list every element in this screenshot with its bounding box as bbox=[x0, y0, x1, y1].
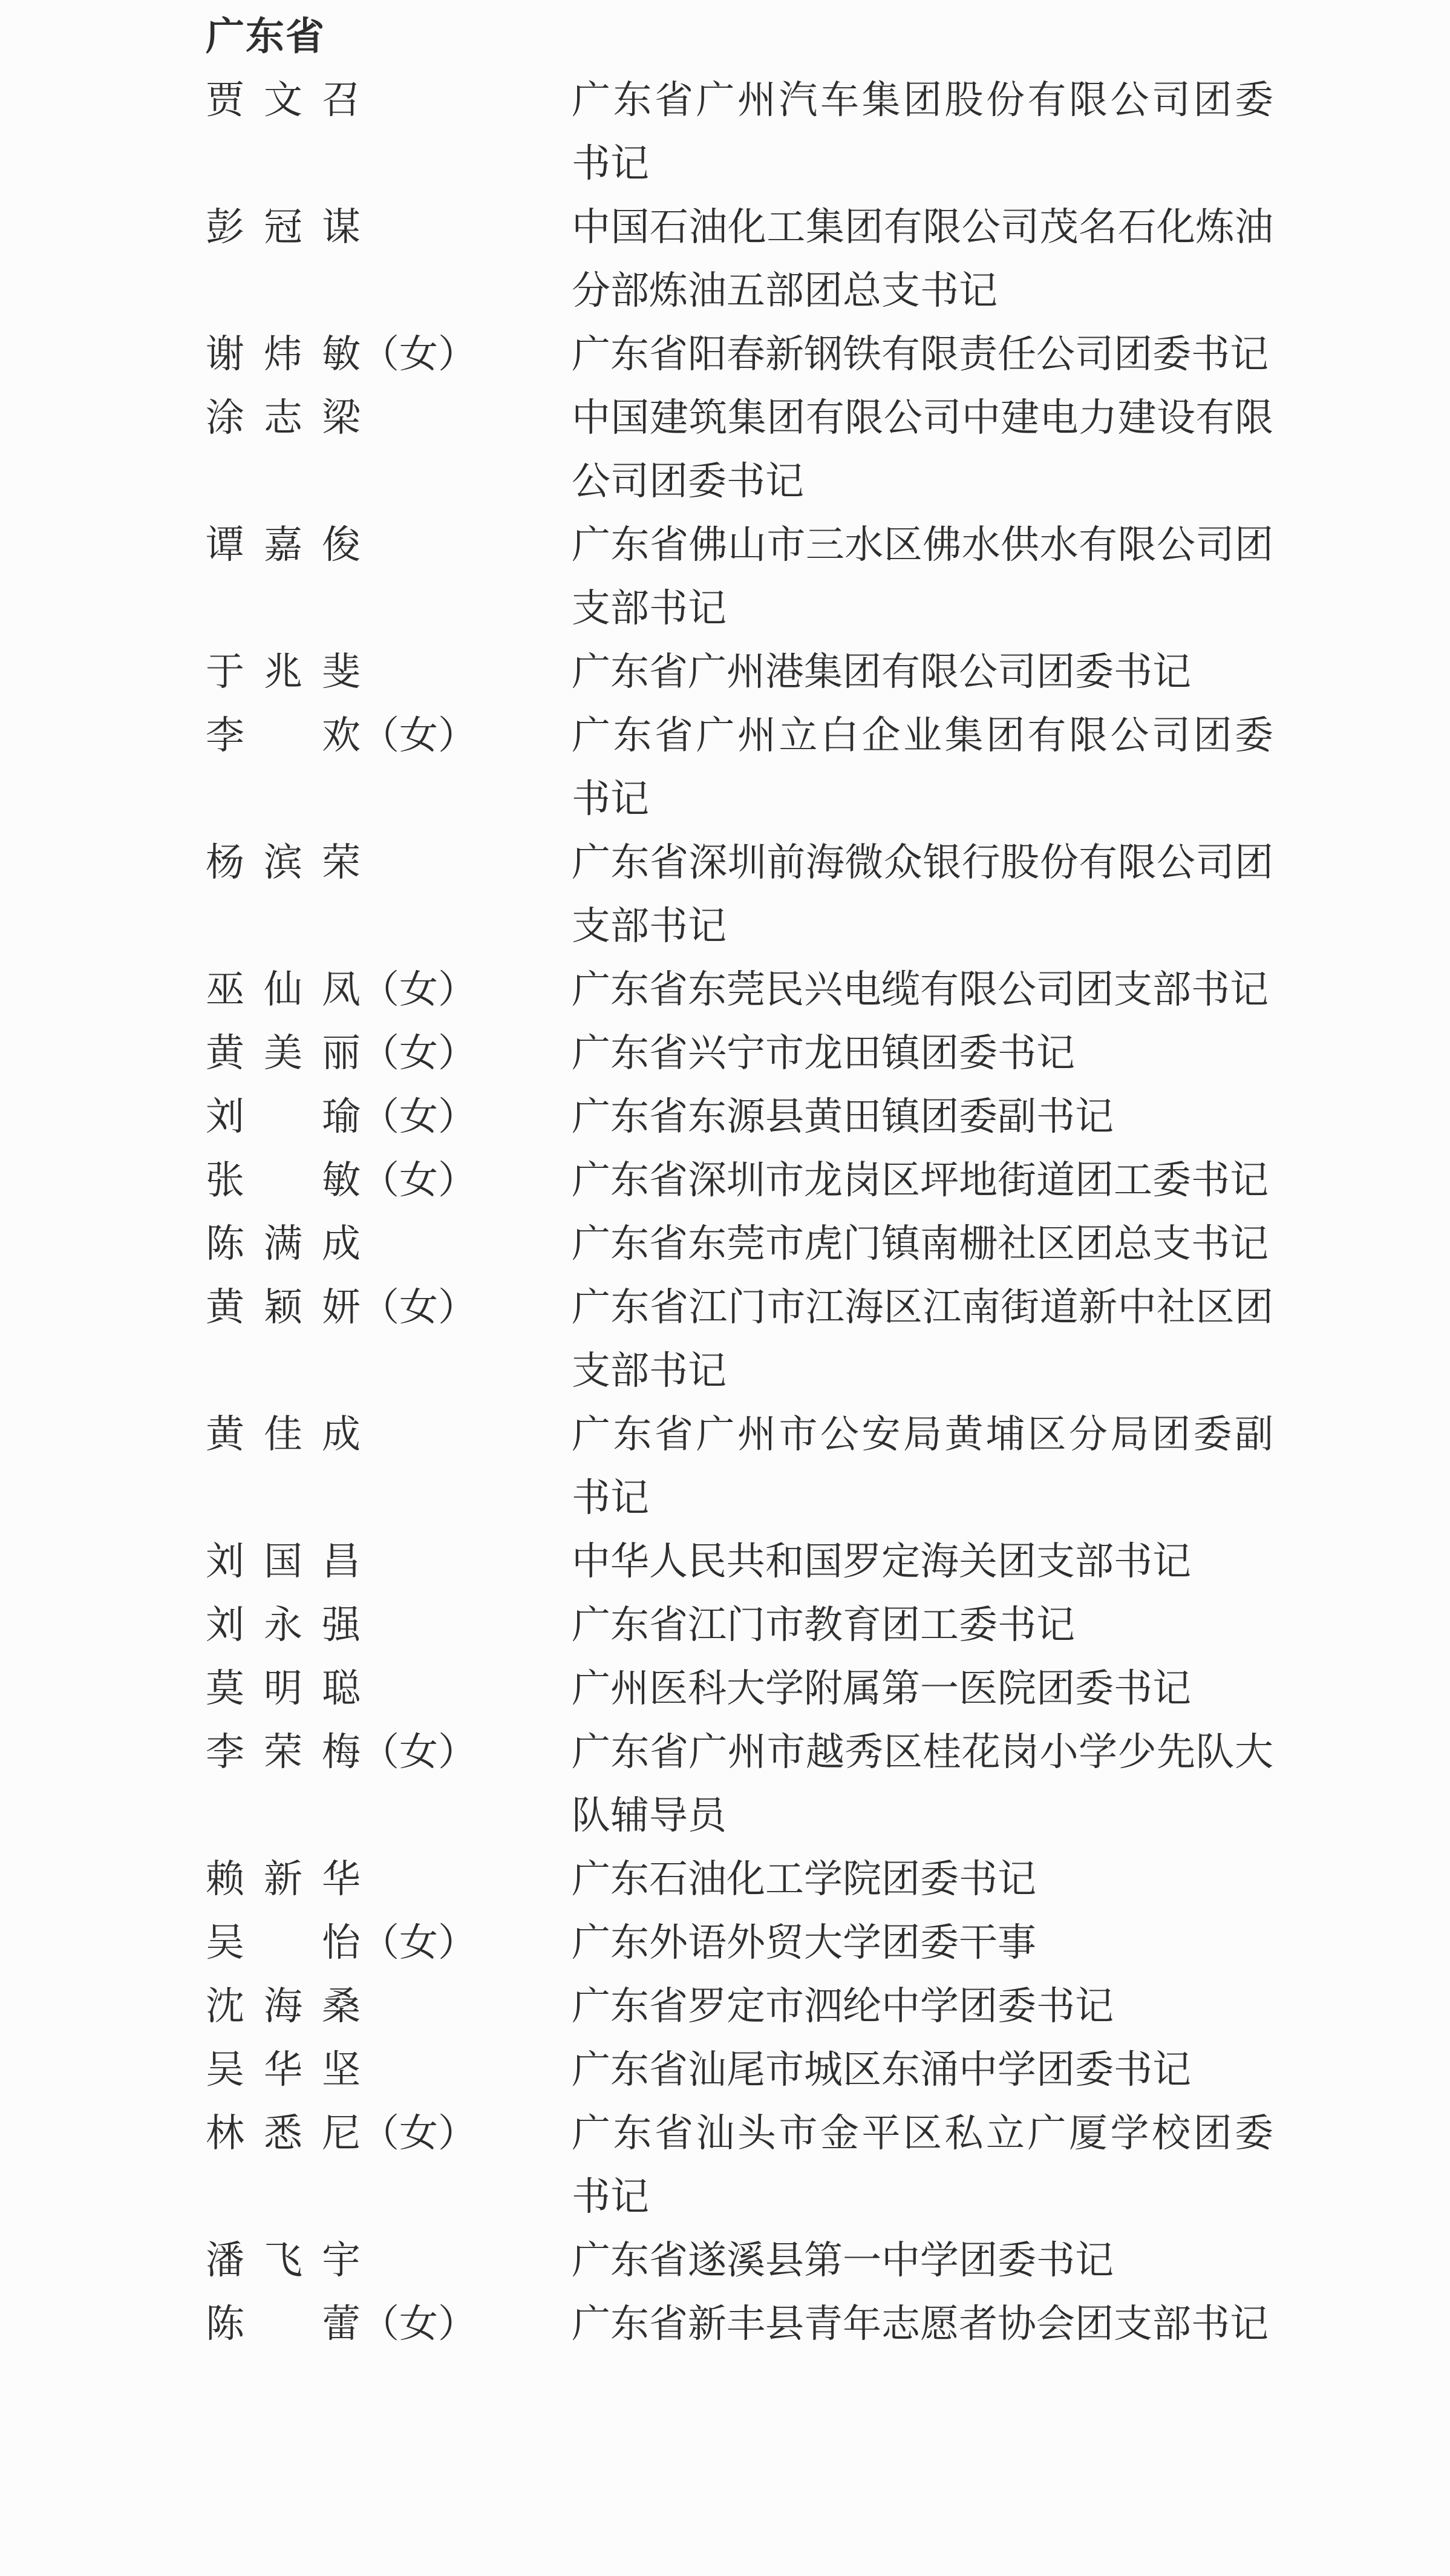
person-name: 黄颖妍 bbox=[206, 1276, 361, 1339]
list-row-line: 分部炼油五部团总支书记 bbox=[206, 259, 1269, 323]
name-cell: 李欢（女） bbox=[206, 704, 572, 767]
position-title-line: 支部书记 bbox=[572, 894, 1273, 958]
name-cell: 莫明聪 bbox=[206, 1657, 572, 1720]
person-name: 涂志梁 bbox=[206, 386, 361, 450]
name-cell: 于兆斐 bbox=[206, 640, 572, 704]
person-name: 于兆斐 bbox=[206, 640, 361, 704]
list-row-line: 公司团委书记 bbox=[206, 450, 1269, 513]
position-title-line: 分部炼油五部团总支书记 bbox=[572, 259, 1273, 323]
person-name: 黄美丽 bbox=[206, 1021, 361, 1085]
name-cell: 吴怡（女） bbox=[206, 1911, 572, 1975]
name-cell: 彭冠谋 bbox=[206, 195, 572, 259]
list-row-line: 李荣梅（女）广东省广州市越秀区桂花岗小学少先队大 bbox=[206, 1720, 1269, 1784]
position-title-line: 队辅导员 bbox=[572, 1784, 1273, 1847]
document-page: 广东省 贾文召广东省广州汽车集团股份有限公司团委书记彭冠谋中国石油化工集团有限公… bbox=[0, 0, 1450, 2576]
list-row-line: 陈蕾（女）广东省新丰县青年志愿者协会团支部书记 bbox=[206, 2292, 1269, 2356]
gender-label: （女） bbox=[361, 1911, 477, 1975]
position-title-line: 中华人民共和国罗定海关团支部书记 bbox=[572, 1530, 1273, 1593]
list-row-line: 刘永强广东省江门市教育团工委书记 bbox=[206, 1593, 1269, 1657]
position-title-line: 公司团委书记 bbox=[572, 450, 1273, 513]
name-cell: 沈海桑 bbox=[206, 1975, 572, 2038]
name-cell: 巫仙凤（女） bbox=[206, 958, 572, 1021]
position-title-line: 广东省汕头市金平区私立广厦学校团委 bbox=[572, 2102, 1273, 2165]
list-row-line: 队辅导员 bbox=[206, 1784, 1269, 1847]
position-title-line: 书记 bbox=[572, 132, 1273, 195]
person-name: 贾文召 bbox=[206, 68, 361, 132]
gender-label: （女） bbox=[361, 2102, 477, 2165]
name-cell: 吴华坚 bbox=[206, 2038, 572, 2102]
gender-label: （女） bbox=[361, 1276, 477, 1339]
list-row-line: 书记 bbox=[206, 2165, 1269, 2229]
list-row-line: 杨滨荣广东省深圳前海微众银行股份有限公司团 bbox=[206, 831, 1269, 894]
name-cell: 刘瑜（女） bbox=[206, 1085, 572, 1149]
person-name: 林悉尼 bbox=[206, 2102, 361, 2165]
list-row-line: 涂志梁中国建筑集团有限公司中建电力建设有限 bbox=[206, 386, 1269, 450]
person-name: 黄佳成 bbox=[206, 1403, 361, 1466]
list-row-line: 黄颖妍（女）广东省江门市江海区江南街道新中社区团 bbox=[206, 1276, 1269, 1339]
position-title-line: 广东省罗定市泗纶中学团委书记 bbox=[572, 1975, 1273, 2038]
name-cell: 赖新华 bbox=[206, 1847, 572, 1911]
person-name: 陈满成 bbox=[206, 1212, 361, 1276]
person-name: 吴怡 bbox=[206, 1911, 361, 1975]
list-row-line: 赖新华广东石油化工学院团委书记 bbox=[206, 1847, 1269, 1911]
list-row-line: 陈满成广东省东莞市虎门镇南栅社区团总支书记 bbox=[206, 1212, 1269, 1276]
list-row-line: 吴华坚广东省汕尾市城区东涌中学团委书记 bbox=[206, 2038, 1269, 2102]
position-title-line: 书记 bbox=[572, 767, 1273, 831]
list-row-line: 谢炜敏（女）广东省阳春新钢铁有限责任公司团委书记 bbox=[206, 323, 1269, 386]
person-name: 谭嘉俊 bbox=[206, 513, 361, 577]
name-cell: 谭嘉俊 bbox=[206, 513, 572, 577]
list-row-line: 吴怡（女）广东外语外贸大学团委干事 bbox=[206, 1911, 1269, 1975]
name-cell: 杨滨荣 bbox=[206, 831, 572, 894]
name-cell: 刘国昌 bbox=[206, 1530, 572, 1593]
position-title-line: 广东省新丰县青年志愿者协会团支部书记 bbox=[572, 2292, 1273, 2356]
position-title-line: 广东省广州汽车集团股份有限公司团委 bbox=[572, 68, 1273, 132]
position-title-line: 广东省深圳前海微众银行股份有限公司团 bbox=[572, 831, 1273, 894]
name-cell: 林悉尼（女） bbox=[206, 2102, 572, 2165]
gender-label: （女） bbox=[361, 1149, 477, 1212]
list-row-line: 书记 bbox=[206, 132, 1269, 195]
person-name: 谢炜敏 bbox=[206, 323, 361, 386]
position-title-line: 广东省深圳市龙岗区坪地街道团工委书记 bbox=[572, 1149, 1273, 1212]
position-title-line: 中国建筑集团有限公司中建电力建设有限 bbox=[572, 386, 1273, 450]
position-title-line: 广东省东莞市虎门镇南栅社区团总支书记 bbox=[572, 1212, 1273, 1276]
position-title-line: 广东省广州市公安局黄埔区分局团委副 bbox=[572, 1403, 1273, 1466]
list-row-line: 于兆斐广东省广州港集团有限公司团委书记 bbox=[206, 640, 1269, 704]
gender-label: （女） bbox=[361, 2292, 477, 2356]
list-row-line: 贾文召广东省广州汽车集团股份有限公司团委 bbox=[206, 68, 1269, 132]
position-title-line: 广东省兴宁市龙田镇团委书记 bbox=[572, 1021, 1273, 1085]
name-cell: 黄美丽（女） bbox=[206, 1021, 572, 1085]
name-cell: 黄佳成 bbox=[206, 1403, 572, 1466]
name-cell: 刘永强 bbox=[206, 1593, 572, 1657]
list-row-line: 黄佳成广东省广州市公安局黄埔区分局团委副 bbox=[206, 1403, 1269, 1466]
name-cell: 贾文召 bbox=[206, 68, 572, 132]
list-row-line: 彭冠谋中国石油化工集团有限公司茂名石化炼油 bbox=[206, 195, 1269, 259]
position-title-line: 广东省遂溪县第一中学团委书记 bbox=[572, 2229, 1273, 2292]
person-name: 李欢 bbox=[206, 704, 361, 767]
position-title-line: 广东省广州市越秀区桂花岗小学少先队大 bbox=[572, 1720, 1273, 1784]
gender-label: （女） bbox=[361, 958, 477, 1021]
person-name: 陈蕾 bbox=[206, 2292, 361, 2356]
list-row-line: 巫仙凤（女）广东省东莞民兴电缆有限公司团支部书记 bbox=[206, 958, 1269, 1021]
person-name: 李荣梅 bbox=[206, 1720, 361, 1784]
position-title-line: 支部书记 bbox=[572, 577, 1273, 640]
person-name: 彭冠谋 bbox=[206, 195, 361, 259]
position-title-line: 广东外语外贸大学团委干事 bbox=[572, 1911, 1273, 1975]
name-cell: 陈蕾（女） bbox=[206, 2292, 572, 2356]
gender-label: （女） bbox=[361, 323, 477, 386]
person-name: 刘瑜 bbox=[206, 1085, 361, 1149]
person-name: 刘国昌 bbox=[206, 1530, 361, 1593]
list-row-line: 刘瑜（女）广东省东源县黄田镇团委副书记 bbox=[206, 1085, 1269, 1149]
list-row-line: 支部书记 bbox=[206, 1339, 1269, 1403]
position-title-line: 广东石油化工学院团委书记 bbox=[572, 1847, 1273, 1911]
name-cell: 黄颖妍（女） bbox=[206, 1276, 572, 1339]
person-name: 沈海桑 bbox=[206, 1975, 361, 2038]
gender-label: （女） bbox=[361, 1085, 477, 1149]
list-row-line: 莫明聪广州医科大学附属第一医院团委书记 bbox=[206, 1657, 1269, 1720]
name-cell: 涂志梁 bbox=[206, 386, 572, 450]
person-name: 杨滨荣 bbox=[206, 831, 361, 894]
gender-label: （女） bbox=[361, 1720, 477, 1784]
person-name: 潘飞宇 bbox=[206, 2229, 361, 2292]
position-title-line: 书记 bbox=[572, 1466, 1273, 1530]
name-cell: 潘飞宇 bbox=[206, 2229, 572, 2292]
position-title-line: 广州医科大学附属第一医院团委书记 bbox=[572, 1657, 1273, 1720]
position-title-line: 书记 bbox=[572, 2165, 1273, 2229]
position-title-line: 广东省广州立白企业集团有限公司团委 bbox=[572, 704, 1273, 767]
province-header: 广东省 bbox=[206, 5, 325, 68]
position-title-line: 中国石油化工集团有限公司茂名石化炼油 bbox=[572, 195, 1273, 259]
header-line: 广东省 bbox=[206, 5, 1269, 68]
name-cell: 李荣梅（女） bbox=[206, 1720, 572, 1784]
position-title-line: 广东省江门市教育团工委书记 bbox=[572, 1593, 1273, 1657]
person-name: 张敏 bbox=[206, 1149, 361, 1212]
list-row-line: 书记 bbox=[206, 767, 1269, 831]
list-row-line: 林悉尼（女）广东省汕头市金平区私立广厦学校团委 bbox=[206, 2102, 1269, 2165]
list-row-line: 沈海桑广东省罗定市泗纶中学团委书记 bbox=[206, 1975, 1269, 2038]
position-title-line: 广东省广州港集团有限公司团委书记 bbox=[572, 640, 1273, 704]
gender-label: （女） bbox=[361, 704, 477, 767]
person-name: 吴华坚 bbox=[206, 2038, 361, 2102]
position-title-line: 广东省汕尾市城区东涌中学团委书记 bbox=[572, 2038, 1273, 2102]
position-title-line: 广东省东源县黄田镇团委副书记 bbox=[572, 1085, 1273, 1149]
position-title-line: 广东省东莞民兴电缆有限公司团支部书记 bbox=[572, 958, 1273, 1021]
position-title-line: 广东省佛山市三水区佛水供水有限公司团 bbox=[572, 513, 1273, 577]
list-row-line: 潘飞宇广东省遂溪县第一中学团委书记 bbox=[206, 2229, 1269, 2292]
name-cell: 谢炜敏（女） bbox=[206, 323, 572, 386]
name-title-list: 贾文召广东省广州汽车集团股份有限公司团委书记彭冠谋中国石油化工集团有限公司茂名石… bbox=[206, 68, 1269, 2356]
list-row-line: 李欢（女）广东省广州立白企业集团有限公司团委 bbox=[206, 704, 1269, 767]
person-name: 巫仙凤 bbox=[206, 958, 361, 1021]
gender-label: （女） bbox=[361, 1021, 477, 1085]
person-name: 刘永强 bbox=[206, 1593, 361, 1657]
name-cell: 张敏（女） bbox=[206, 1149, 572, 1212]
person-name: 莫明聪 bbox=[206, 1657, 361, 1720]
person-name: 赖新华 bbox=[206, 1847, 361, 1911]
position-title-line: 支部书记 bbox=[572, 1339, 1273, 1403]
position-title-line: 广东省阳春新钢铁有限责任公司团委书记 bbox=[572, 323, 1273, 386]
list-row-line: 支部书记 bbox=[206, 894, 1269, 958]
list-row-line: 支部书记 bbox=[206, 577, 1269, 640]
list-row-line: 黄美丽（女）广东省兴宁市龙田镇团委书记 bbox=[206, 1021, 1269, 1085]
list-row-line: 谭嘉俊广东省佛山市三水区佛水供水有限公司团 bbox=[206, 513, 1269, 577]
list-row-line: 张敏（女）广东省深圳市龙岗区坪地街道团工委书记 bbox=[206, 1149, 1269, 1212]
list-row-line: 刘国昌中华人民共和国罗定海关团支部书记 bbox=[206, 1530, 1269, 1593]
name-cell: 陈满成 bbox=[206, 1212, 572, 1276]
list-row-line: 书记 bbox=[206, 1466, 1269, 1530]
position-title-line: 广东省江门市江海区江南街道新中社区团 bbox=[572, 1276, 1273, 1339]
